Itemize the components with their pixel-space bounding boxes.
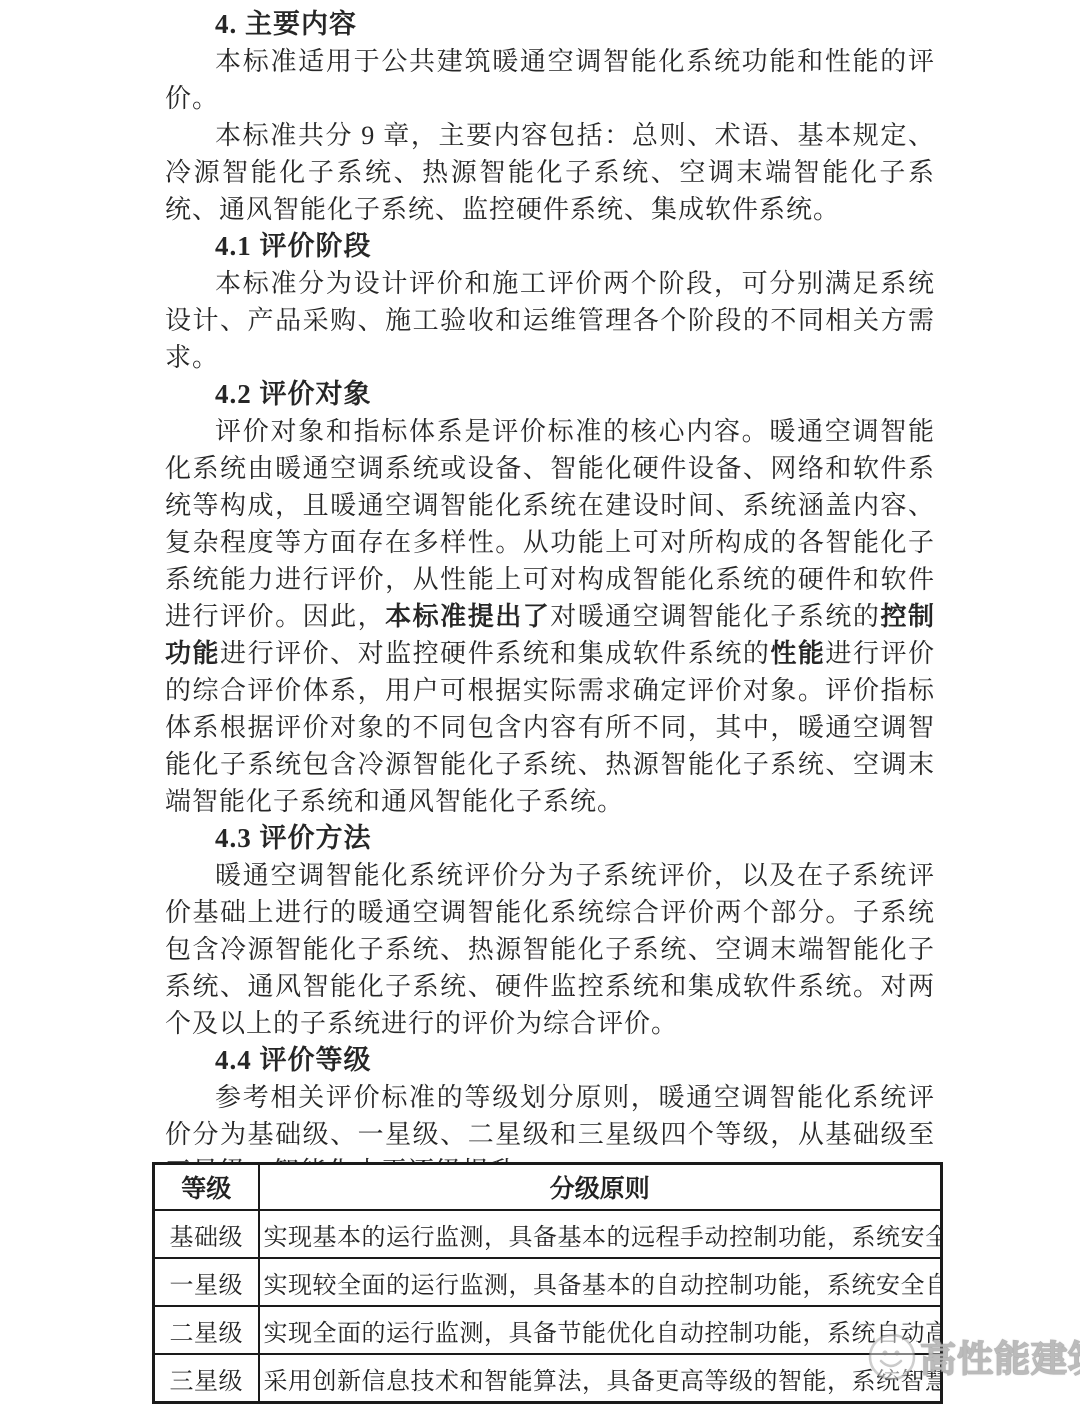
grading-table-header-row: 等级 分级原则: [154, 1164, 942, 1211]
principle-cell: 实现全面的运行监测，具备节能优化自动控制功能，系统自动高效运行: [259, 1306, 942, 1354]
level-cell: 二星级: [154, 1306, 259, 1354]
watermark-text: 高性能建筑: [920, 1331, 1080, 1382]
paragraph-4-1: 本标准分为设计评价和施工评价两个阶段，可分别满足系统设计、产品采购、施工验收和运…: [165, 265, 935, 376]
table-row-three-star: 三星级 采用创新信息技术和智能算法，具备更高等级的智能，系统智慧优化运行: [154, 1354, 942, 1403]
grading-table: 等级 分级原则 基础级 实现基本的运行监测，具备基本的远程手动控制功能，系统安全…: [152, 1162, 943, 1404]
principle-cell: 实现较全面的运行监测，具备基本的自动控制功能，系统安全自动运行: [259, 1258, 942, 1306]
table-row-one-star: 一星级 实现较全面的运行监测，具备基本的自动控制功能，系统安全自动运行: [154, 1258, 942, 1306]
section-heading-4-2: 4.2 评价对象: [165, 376, 935, 413]
document-text-block: 4. 主要内容 本标准适用于公共建筑暖通空调智能化系统功能和性能的评价。 本标准…: [165, 6, 935, 1264]
paragraph-4-3: 暖通空调智能化系统评价分为子系统评价，以及在子系统评价基础上进行的暖通空调智能化…: [165, 857, 935, 1042]
paragraph-4-2-run: 评价对象和指标体系是评价标准的核心内容。暖通空调智能化系统由暖通空调系统或设备、…: [165, 417, 935, 631]
table-row-basic: 基础级 实现基本的运行监测，具备基本的远程手动控制功能，系统安全远程运行: [154, 1210, 942, 1258]
section-heading-4-4: 4.4 评价等级: [165, 1042, 935, 1079]
section-heading-4: 4. 主要内容: [165, 6, 935, 43]
table-header-principle: 分级原则: [259, 1164, 942, 1211]
level-cell: 一星级: [154, 1258, 259, 1306]
document-page: 4. 主要内容 本标准适用于公共建筑暖通空调智能化系统功能和性能的评价。 本标准…: [0, 0, 1080, 1404]
level-cell: 基础级: [154, 1210, 259, 1258]
section-heading-4-3: 4.3 评价方法: [165, 820, 935, 857]
paragraph-4-2-bold-run: 本标准提出了: [385, 602, 550, 631]
principle-cell: 采用创新信息技术和智能算法，具备更高等级的智能，系统智慧优化运行: [259, 1354, 942, 1403]
paragraph-4-2-bold-run: 性能: [770, 639, 825, 668]
table-header-level: 等级: [154, 1164, 259, 1211]
paragraph-chapters: 本标准共分 9 章，主要内容包括：总则、术语、基本规定、冷源智能化子系统、热源智…: [165, 117, 935, 228]
paragraph-4-2: 评价对象和指标体系是评价标准的核心内容。暖通空调智能化系统由暖通空调系统或设备、…: [165, 413, 935, 820]
paragraph-4-2-run: 进行评价、对监控硬件系统和集成软件系统的: [220, 639, 770, 668]
principle-cell: 实现基本的运行监测，具备基本的远程手动控制功能，系统安全远程运行: [259, 1210, 942, 1258]
section-heading-4-1: 4.1 评价阶段: [165, 228, 935, 265]
table-row-two-star: 二星级 实现全面的运行监测，具备节能优化自动控制功能，系统自动高效运行: [154, 1306, 942, 1354]
paragraph-4-2-run: 对暖通空调智能化子系统的: [550, 602, 880, 631]
paragraph-scope: 本标准适用于公共建筑暖通空调智能化系统功能和性能的评价。: [165, 43, 935, 117]
level-cell: 三星级: [154, 1354, 259, 1403]
